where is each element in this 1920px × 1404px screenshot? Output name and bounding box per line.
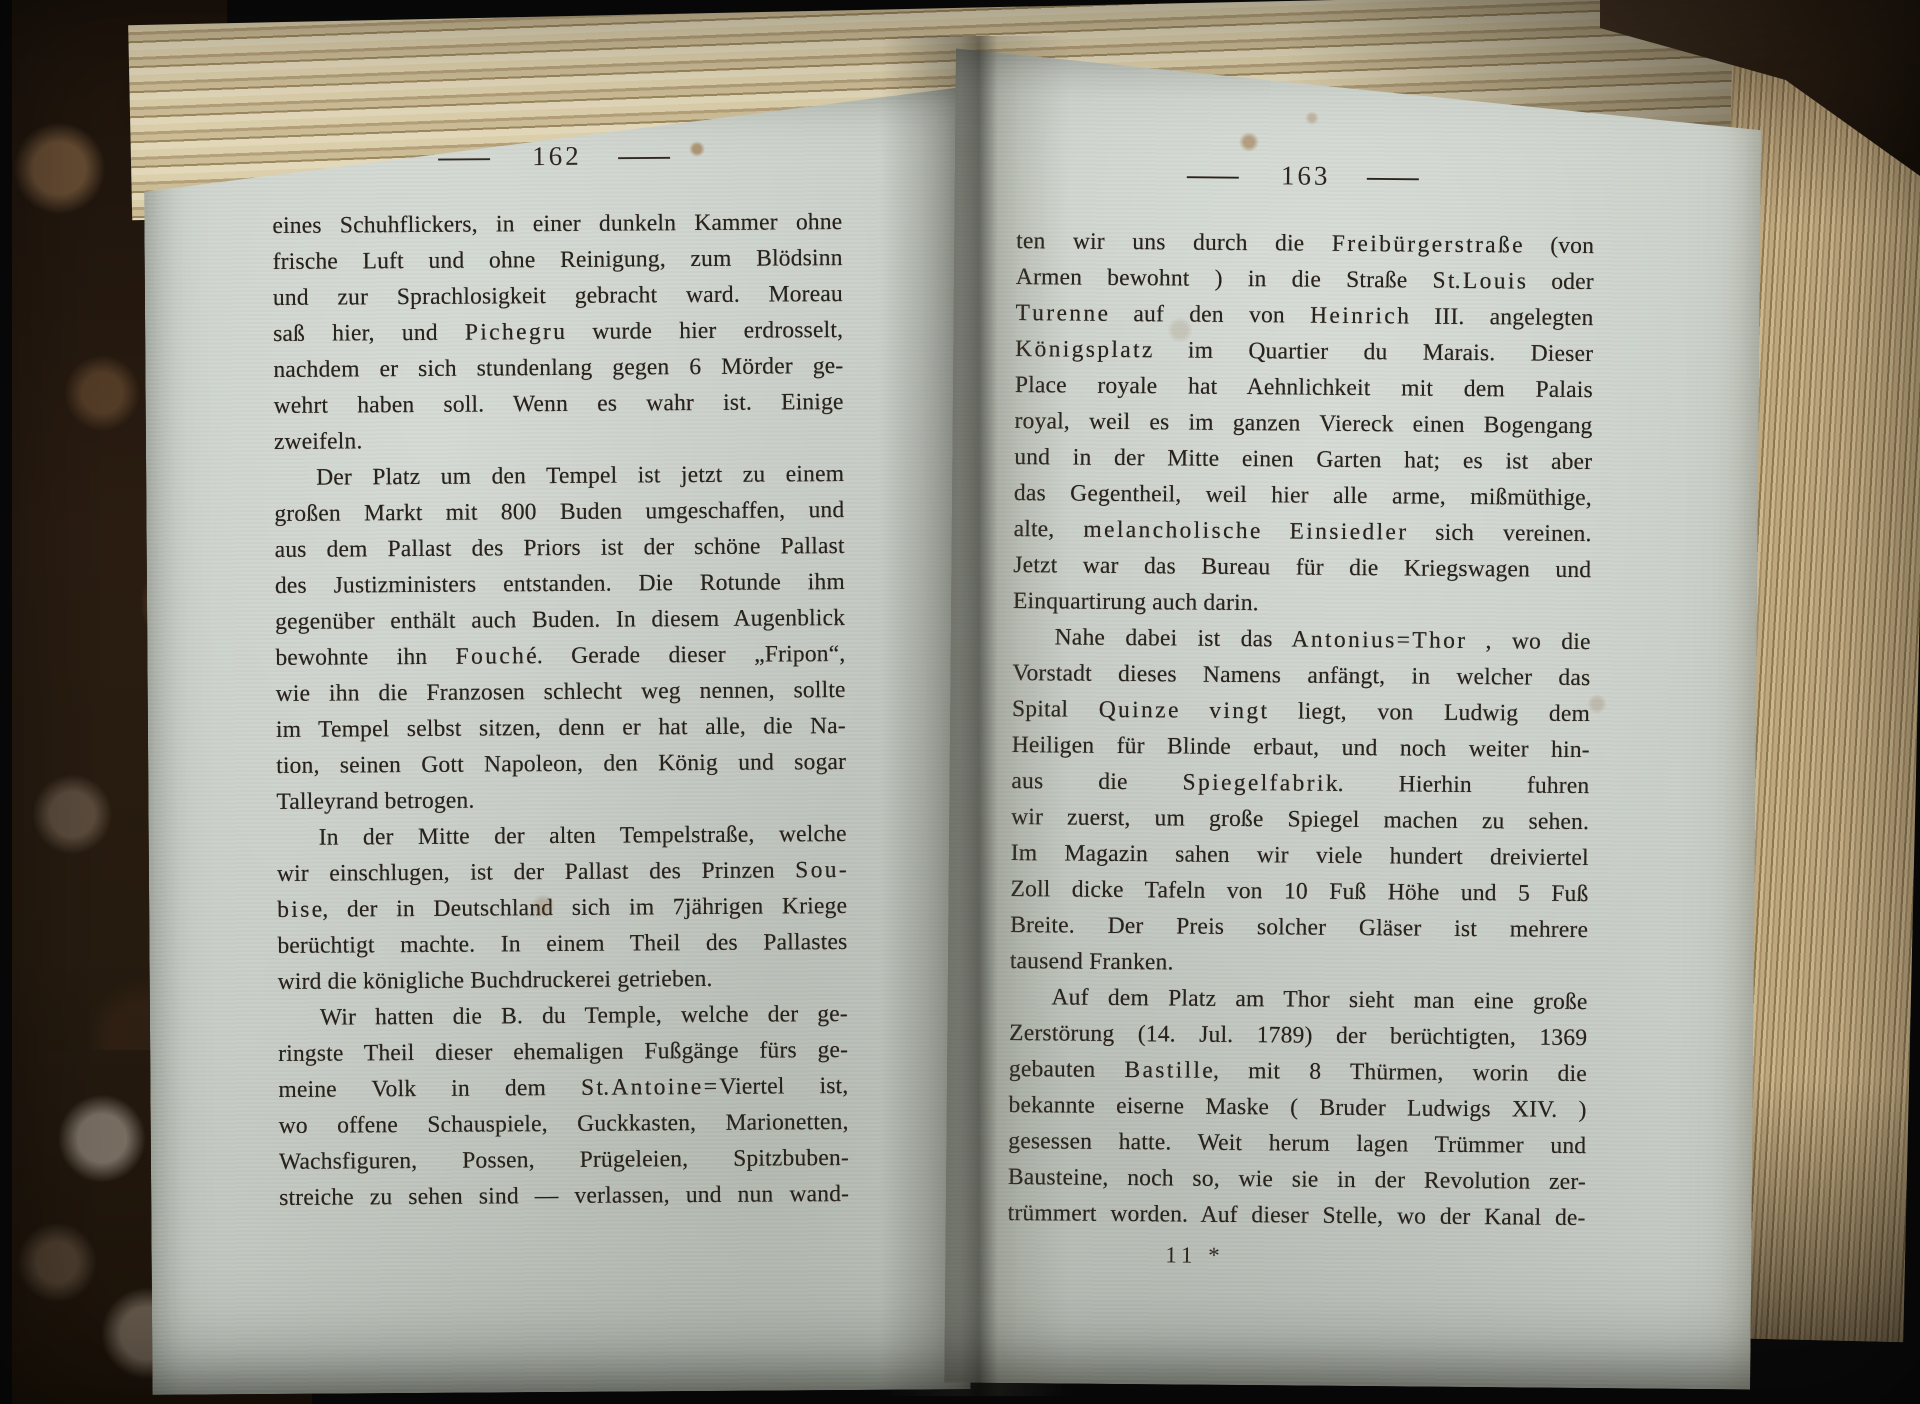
text-line: Zoll dicke Tafeln von 10 Fuß Höhe und 5 … [1010,871,1588,912]
text-line: das Gegentheil, weil hier alle arme, miß… [1014,475,1592,516]
text-line: tion, seinen Gott Napoleon, den König un… [276,744,846,784]
text-line: gebauten B a s t i l l e, mit 8 Thürmen,… [1009,1051,1587,1092]
text-line: alte, m e l a n c h o l i s c h e E i n … [1013,511,1591,552]
text-line: tausend Franken. [1010,943,1588,984]
text-line: des Justizministers entstanden. Die Rotu… [275,564,845,604]
text-line: und in der Mitte einen Garten hat; es is… [1014,439,1592,480]
header-dash: — [1187,159,1244,190]
text-line: In der Mitte der alten Tempelstraße, wel… [277,816,847,856]
text-line: b i s e, der in Deutschland sich im 7jäh… [277,888,847,928]
text-line: zweifeln. [274,420,844,460]
text-line: Im Magazin sahen wir viele hundert dreiv… [1011,835,1589,876]
text-line: meine Volk in dem S t. A n t o i n e = V… [278,1068,848,1108]
page-162-text: eines Schuhflickers, in einer dunkeln Ka… [272,204,849,1216]
text-line: trümmert worden. Auf dieser Stelle, wo d… [1008,1195,1586,1236]
text-line: Wachsfiguren, Possen, Prügeleien, Spitzb… [279,1140,849,1180]
page-number-162: 162 [532,140,582,171]
text-line: gegenüber enthält auch Buden. In diesem … [275,600,845,640]
text-line: bewohnte ihn F o u c h é. Gerade dieser … [275,636,845,676]
text-line: T u r e n n e auf den von H e i n r i c … [1015,295,1593,336]
text-line: K ö n i g s p l a t z im Quartier du Mar… [1015,331,1593,372]
text-line: bekannte eiserne Maske ( Bruder Ludwigs … [1008,1087,1586,1128]
text-line: Heiligen für Blinde erbaut, und noch wei… [1012,727,1590,768]
text-line: eines Schuhflickers, in einer dunkeln Ka… [272,204,842,244]
text-line: Breite. Der Preis solcher Gläser ist meh… [1010,907,1588,948]
text-line: Der Platz um den Tempel ist jetzt zu ein… [274,456,844,496]
text-line: Bausteine, noch so, wie sie in der Revol… [1008,1159,1586,1200]
text-line: saß hier, und P i c h e g r u wurde hier… [273,312,843,352]
text-line: großen Markt mit 800 Buden umgeschaffen,… [274,492,844,532]
text-line: und zur Sprachlosigkeit gebracht ward. M… [273,276,843,316]
text-line: Auf dem Platz am Thor sieht man eine gro… [1009,979,1587,1020]
text-line: nachdem er sich stundenlang gegen 6 Mörd… [273,348,843,388]
text-line: gesessen hatte. Weit herum lagen Trümmer… [1008,1123,1586,1164]
text-line: Nahe dabei ist das A n t o n i u s = T h… [1013,619,1591,660]
text-line: Zerstörung (14. Jul. 1789) der berüchtig… [1009,1015,1587,1056]
text-line: aus dem Pallast des Priors ist der schön… [275,528,845,568]
text-line: berüchtigt machte. In einem Theil des Pa… [277,924,847,964]
page-number-163: 163 [1281,160,1331,191]
text-line: wir zuerst, um große Spiegel machen zu s… [1011,799,1589,840]
text-line: wo offene Schauspiele, Guckkasten, Mario… [279,1104,849,1144]
text-line: wir einschlugen, ist der Pallast des Pri… [277,852,847,892]
text-line: Spital Q u i n z e v i n g t liegt, von … [1012,691,1590,732]
text-line: streiche zu sehen sind — verlassen, und … [279,1176,849,1216]
text-line: royal, weil es im ganzen Viereck einen B… [1014,403,1592,444]
header-dash: — [1367,161,1424,192]
text-line: Wir hatten die B. du Temple, welche der … [278,996,848,1036]
text-line: wie ihn die Franzosen schlecht weg nenne… [276,672,846,712]
text-line: Talleyrand betrogen. [276,780,846,820]
page-162: — 162 — eines Schuhflickers, in einer du… [143,87,970,1395]
text-line: ringste Theil dieser ehemaligen Fußgänge… [278,1032,848,1072]
text-line: Armen bewohnt ) in die Straße S t. L o u… [1016,259,1594,300]
page-163-text: ten wir uns durch die F r e i b ü r g e … [1008,223,1595,1236]
page-163-header: — 163 — [1017,153,1595,198]
text-line: wehrt haben soll. Wenn es wahr ist. Eini… [274,384,844,424]
text-line: wird die königliche Buchdruckerei getrie… [278,960,848,1000]
book-scan: — 162 — eines Schuhflickers, in einer du… [0,0,1920,1404]
text-line: Jetzt war das Bureau für die Kriegswagen… [1013,547,1591,588]
signature-mark: 11 * [1007,1241,1585,1272]
page-163: — 163 — ten wir uns durch die F r e i b … [944,49,1762,1390]
text-line: frische Luft und ohne Reinigung, zum Blö… [273,240,843,280]
page-163-content: — 163 — ten wir uns durch die F r e i b … [1007,153,1595,1272]
header-dash: — [618,140,675,171]
text-line: Vorstadt dieses Namens anfängt, in welch… [1012,655,1590,696]
text-line: aus die S p i e g e l f a b r i k. Hierh… [1011,763,1589,804]
text-line: Place royale hat Aehnlichkeit mit dem Pa… [1015,367,1593,408]
page-162-content: — 162 — eines Schuhflickers, in einer du… [272,134,850,1216]
text-line: Einquartirung auch darin. [1013,583,1591,624]
text-line: im Tempel selbst sitzen, denn er hat all… [276,708,846,748]
text-line: ten wir uns durch die F r e i b ü r g e … [1016,223,1594,264]
